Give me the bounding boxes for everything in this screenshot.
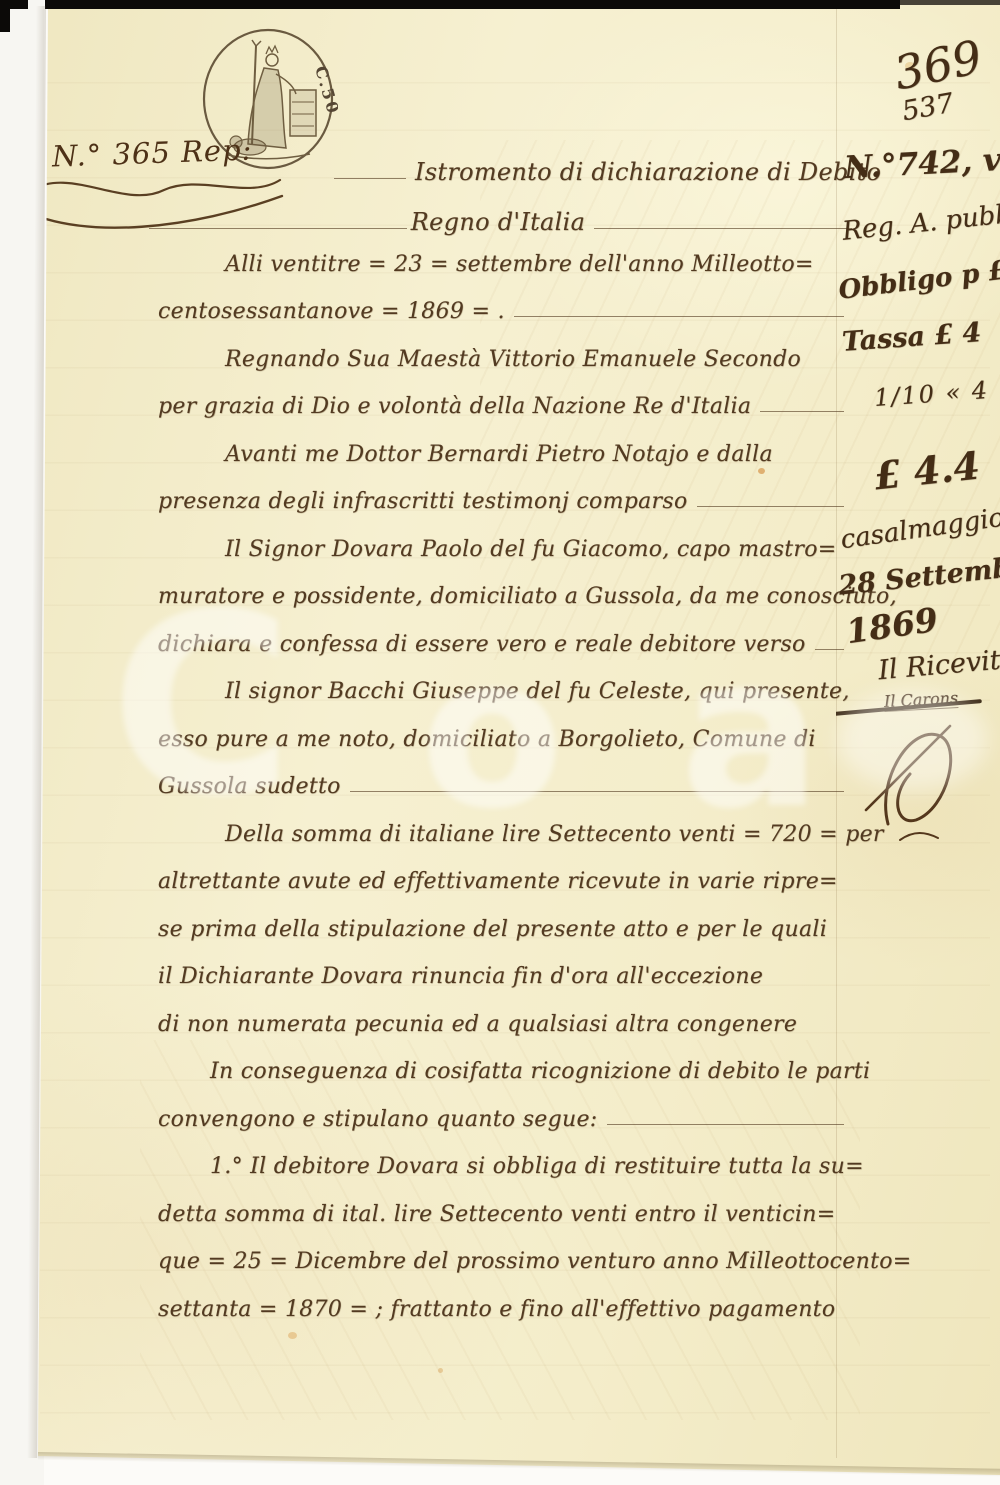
fill-rule	[607, 1122, 845, 1125]
manuscript-line: Regnando Sua Maestà Vittorio Emanuele Se…	[225, 347, 801, 372]
margin-annotations: 369 537 N.°742, v Reg. A. pubb Obbligo p…	[836, 0, 1000, 1485]
fraction-note: 1/10 « 4	[873, 376, 990, 412]
manuscript-line: se prima della stipulazione del presente…	[158, 917, 827, 942]
paper-stain	[758, 468, 765, 474]
line-text: que = 25 = Dicembre del prossimo venturo…	[158, 1249, 912, 1274]
register-note: Reg. A. pubb	[841, 199, 1000, 247]
manuscript-line: per grazia di Dio e volontà della Nazion…	[158, 394, 848, 419]
line-text: se prima della stipulazione del presente…	[158, 917, 827, 942]
manuscript-line: Alli ventitre = 23 = settembre dell'anno…	[225, 252, 814, 277]
repertory-number: N.° 365 Rep:	[51, 133, 252, 174]
line-text: Il Signor Dovara Paolo del fu Giacomo, c…	[225, 537, 837, 562]
paper-stain	[438, 1368, 443, 1373]
scan-edge-artifact	[900, 0, 1000, 5]
scanned-notarial-document: C.50 N.° 365 Rep: Istromento di dichiara…	[0, 0, 1000, 1485]
line-text: di non numerata pecunia ed a qualsiasi a…	[158, 1012, 797, 1037]
fill-rule	[350, 789, 844, 792]
line-text: centosessantanove = 1869 = .	[158, 299, 505, 324]
manuscript-line: presenza degli infrascritti testimonj co…	[158, 489, 848, 514]
year-note: 1869	[844, 600, 940, 651]
date-note: 28 Settembre	[837, 549, 1000, 601]
line-text: muratore e possidente, domiciliato a Gus…	[158, 584, 897, 609]
line-text: Regnando Sua Maestà Vittorio Emanuele Se…	[225, 347, 801, 372]
manuscript-line: 1.° Il debitore Dovara si obbliga di res…	[210, 1154, 864, 1179]
manuscript-line: muratore e possidente, domiciliato a Gus…	[158, 584, 897, 609]
line-text: il Dichiarante Dovara rinuncia fin d'ora…	[158, 964, 763, 989]
fill-rule	[594, 226, 852, 229]
fill-rule	[760, 409, 844, 412]
obligation-note: Obbligo p £ 7	[837, 252, 1000, 306]
fill-rule	[697, 504, 845, 507]
line-text: detta somma di ital. lire Settecento ven…	[158, 1202, 835, 1227]
manuscript-line: convengono e stipulano quanto segue:	[158, 1107, 848, 1132]
paper-sheet: C.50 N.° 365 Rep: Istromento di dichiara…	[0, 0, 1000, 1485]
line-text: settanta = 1870 = ; frattanto e fino all…	[158, 1297, 835, 1322]
manuscript-line: Gussola sudetto	[158, 774, 848, 799]
scan-edge-artifact	[45, 0, 900, 9]
line-text: Il signor Bacchi Giuseppe del fu Celeste…	[225, 679, 850, 704]
fill-rule	[334, 176, 406, 179]
manuscript-line: Il signor Bacchi Giuseppe del fu Celeste…	[225, 679, 848, 704]
line-text: Alli ventitre = 23 = settembre dell'anno…	[225, 252, 814, 277]
place-note: casalmaggio	[839, 503, 1000, 556]
document-subtitle-row: Regno d'Italia	[140, 208, 856, 236]
paper-stain	[288, 1332, 297, 1339]
line-text: dichiara e confessa di essere vero e rea…	[158, 632, 806, 657]
manuscript-line: Avanti me Dottor Bernardi Pietro Notajo …	[225, 442, 773, 467]
manuscript-line: que = 25 = Dicembre del prossimo venturo…	[158, 1249, 912, 1274]
document-title-row: Istromento di dichiarazione di Debito	[332, 158, 860, 186]
registration-number: N.°742, v	[843, 142, 1000, 186]
document-title: Istromento di dichiarazione di Debito	[415, 158, 881, 186]
total-amount-note: £ 4.4	[872, 443, 982, 499]
line-text: esso pure a me noto, domiciliato a Borgo…	[158, 727, 816, 752]
line-text: Gussola sudetto	[158, 774, 341, 799]
line-text: Avanti me Dottor Bernardi Pietro Notajo …	[225, 442, 773, 467]
manuscript-line: di non numerata pecunia ed a qualsiasi a…	[158, 1012, 797, 1037]
line-text: presenza degli infrascritti testimonj co…	[158, 489, 688, 514]
line-text: convengono e stipulano quanto segue:	[158, 1107, 598, 1132]
manuscript-line: settanta = 1870 = ; frattanto e fino all…	[158, 1297, 835, 1322]
manuscript-line: esso pure a me noto, domiciliato a Borgo…	[158, 727, 816, 752]
manuscript-line: In conseguenza di cosifatta ricognizione…	[210, 1059, 870, 1084]
fill-rule	[514, 314, 844, 317]
tax-note: Tassa £ 4	[841, 317, 982, 358]
document-subtitle: Regno d'Italia	[411, 208, 585, 236]
fill-rule	[149, 226, 407, 229]
line-text: 1.° Il debitore Dovara si obbliga di res…	[210, 1154, 864, 1179]
line-text: Della somma di italiane lire Settecento …	[225, 822, 884, 847]
manuscript-line: Della somma di italiane lire Settecento …	[225, 822, 884, 847]
line-text: In conseguenza di cosifatta ricognizione…	[210, 1059, 870, 1084]
line-text: altrettante avute ed effettivamente rice…	[158, 869, 838, 894]
scan-edge-artifact	[0, 0, 10, 32]
receiver-note: Il Ricevit	[877, 645, 1000, 687]
signature-flourish	[854, 712, 979, 847]
manuscript-line: altrettante avute ed effettivamente rice…	[158, 869, 838, 894]
manuscript-line: centosessantanove = 1869 = .	[158, 299, 848, 324]
manuscript-line: Il Signor Dovara Paolo del fu Giacomo, c…	[225, 537, 837, 562]
manuscript-line: il Dichiarante Dovara rinuncia fin d'ora…	[158, 964, 763, 989]
line-text: per grazia di Dio e volontà della Nazion…	[158, 394, 751, 419]
manuscript-line: detta somma di ital. lire Settecento ven…	[158, 1202, 835, 1227]
manuscript-line: dichiara e confessa di essere vero e rea…	[158, 632, 848, 657]
